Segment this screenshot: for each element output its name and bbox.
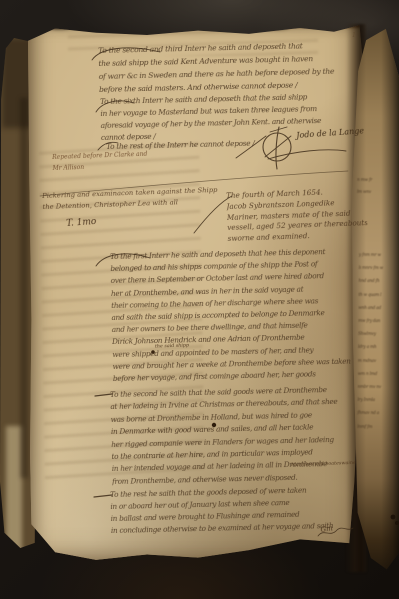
handwriting-ink-layer: To the second and third Interr he saith … — [0, 0, 399, 599]
flourish-opening-swash-2 — [96, 101, 134, 112]
signature-underline — [268, 150, 346, 159]
photograph-of-open-manuscript-book: n mw ſrlm wnv y ſnm mr wlı mnrv ſm whnd … — [0, 0, 399, 599]
flourish-depose-stroke — [236, 136, 266, 158]
heading-connector-flourish — [194, 196, 232, 233]
ink-blot-spots — [0, 0, 2, 2]
pen-flourishes — [0, 0, 399, 599]
clerk-squiggle — [318, 528, 353, 536]
flourish-opening-swash-3 — [96, 254, 150, 266]
paragraph-dash-5 — [94, 495, 112, 497]
paragraph-dash-4 — [95, 394, 112, 396]
flourish-closing-lead — [98, 142, 118, 150]
entry-divider-rule — [40, 171, 348, 196]
flourish-opening-swash-1 — [92, 48, 160, 60]
